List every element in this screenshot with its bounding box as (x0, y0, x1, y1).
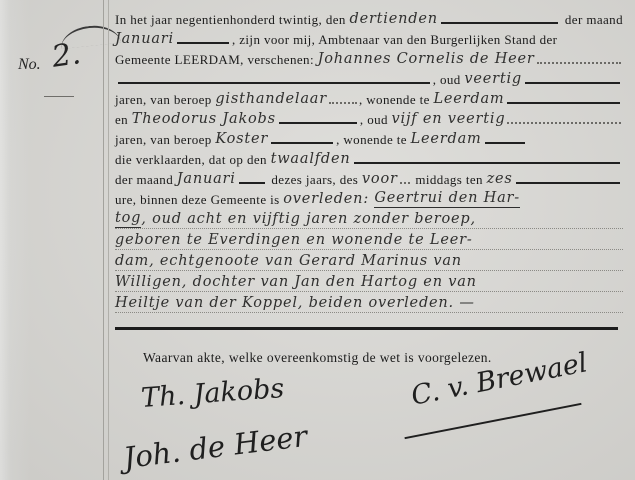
act-number-dash (44, 96, 74, 97)
handwritten-residence: Leerdam (433, 91, 504, 108)
act-line: ure, binnen deze Gemeente is overleden: … (115, 188, 623, 208)
printed-text: , oud (360, 111, 392, 128)
blank-line (279, 122, 357, 124)
handwritten-month: Januari (115, 31, 174, 48)
handwritten-hour: zes (487, 171, 513, 188)
signature-witness-jakobs: Th. Jakobs (140, 373, 285, 414)
act-line: jaren, van beroep Koster , wonende te Le… (115, 128, 623, 148)
margin-column: No. 2. (0, 0, 103, 480)
act-line: tog , oud acht en vijftig jaren zonder b… (115, 208, 623, 229)
printed-text: Gemeente LEERDAM, verschenen: (115, 51, 318, 68)
act-line: Heiltje van der Koppel, beiden overleden… (115, 292, 623, 313)
act-line: en Theodorus Jakobs , oud vijf en veerti… (115, 108, 623, 128)
act-line: dam, echtgenoote van Gerard Marinus van (115, 250, 623, 271)
handwritten-deceased-name-cont: tog (115, 210, 141, 228)
handwritten-day: dertienden (349, 11, 437, 28)
handwritten-witness2-name: Theodorus Jakobs (132, 111, 276, 128)
printed-text: der maand (561, 11, 623, 28)
handwritten-text: , oud acht en vijftig jaren zonder beroe… (141, 211, 476, 228)
act-line: In het jaar negentienhonderd twintig, de… (115, 8, 623, 28)
handwritten-overleden: overleden: (283, 191, 374, 208)
handwritten-death-day: twaalfden (271, 151, 351, 168)
printed-text: In het jaar negentienhonderd twintig, de… (115, 11, 349, 28)
act-line: Januari , zijn voor mij, Ambtenaar van d… (115, 28, 623, 48)
handwritten-mother-line: Heiltje van der Koppel, beiden overleden… (115, 295, 475, 312)
handwritten-spouse-line: dam, echtgenoote van Gerard Marinus van (115, 253, 462, 270)
act-line: der maand Januari dezes jaars, des voor … (115, 168, 623, 188)
handwritten-parents-line: Willigen, dochter van Jan den Hartog en … (115, 274, 477, 291)
death-certificate-scan: No. 2. In het jaar negentienhonderd twin… (0, 0, 635, 480)
dotted-line (329, 102, 357, 104)
end-of-act-rule (115, 327, 618, 330)
blank-line (441, 22, 558, 24)
handwritten-declarant-name: Johannes Cornelis de Heer (318, 51, 535, 68)
act-line: jaren, van beroep gisthandelaar , wonend… (115, 88, 623, 108)
handwritten-daypart: voor (362, 171, 398, 188)
handwritten-birthplace-line: geboren te Everdingen en wonende te Leer… (115, 232, 473, 249)
printed-text: middags ten (412, 171, 487, 188)
act-line: , oud veertig (115, 68, 623, 88)
blank-line (177, 42, 229, 44)
printed-text: , wonende te (359, 91, 434, 108)
handwritten-age: veertig (464, 71, 522, 88)
blank-line (525, 82, 620, 84)
handwritten-deceased-name: Geertrui den Har- (374, 190, 520, 208)
printed-text: dezes jaars, des (268, 171, 362, 188)
handwritten-witness2-residence: Leerdam (411, 131, 482, 148)
dotted-line (400, 182, 410, 184)
printed-text: ure, binnen deze Gemeente is (115, 191, 283, 208)
blank-line (516, 182, 620, 184)
handwritten-occupation: gisthandelaar (215, 91, 327, 108)
blank-line (485, 142, 525, 144)
signature-area: Th. Jakobs Joh. de Heer C. v. Brewael (115, 368, 623, 480)
margin-rule (103, 0, 109, 480)
act-line: die verklaarden, dat op den twaalfden (115, 148, 623, 168)
handwritten-witness2-occupation: Koster (215, 131, 268, 148)
dotted-line (507, 122, 621, 124)
printed-text: en (115, 111, 132, 128)
blank-line (239, 182, 265, 184)
printed-text: die verklaarden, dat op den (115, 151, 271, 168)
printed-text: der maand (115, 171, 177, 188)
blank-line (354, 162, 620, 164)
act-number: 2. (50, 36, 83, 75)
blank-line (507, 102, 620, 104)
blank-line (118, 82, 430, 84)
act-line: Gemeente LEERDAM, verschenen: Johannes C… (115, 48, 623, 68)
act-line: geboren te Everdingen en wonende te Leer… (115, 229, 623, 250)
printed-text: , oud (433, 71, 465, 88)
act-body: In het jaar negentienhonderd twintig, de… (115, 8, 623, 480)
handwritten-witness2-age: vijf en veertig (392, 111, 506, 128)
printed-text: , zijn voor mij, Ambtenaar van den Burge… (232, 31, 557, 48)
blank-line (271, 142, 333, 144)
printed-text: , wonende te (336, 131, 411, 148)
printed-text: jaren, van beroep (115, 131, 215, 148)
dotted-line (537, 62, 621, 64)
handwritten-death-month: Januari (177, 171, 236, 188)
act-number-label: No. (18, 56, 41, 74)
printed-text: jaren, van beroep (115, 91, 215, 108)
signature-declarant-de-heer: Joh. de Heer (122, 419, 309, 475)
act-line: Willigen, dochter van Jan den Hartog en … (115, 271, 623, 292)
